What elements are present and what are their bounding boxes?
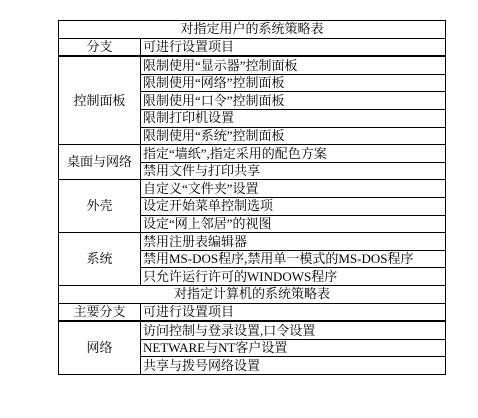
branch-control-panel: 控制面板 bbox=[59, 56, 141, 144]
policy-item: 设定开始菜单控制选项 bbox=[141, 197, 446, 215]
table-row: 分支 可进行设置项目 bbox=[59, 38, 446, 56]
policy-item: 限制使用“显示器”控制面板 bbox=[141, 56, 446, 74]
policy-item: 禁用注册表编辑器 bbox=[141, 233, 446, 251]
policy-item: 限制使用“口令”控制面板 bbox=[141, 92, 446, 110]
policy-item: 访问控制与登录设置,口令设置 bbox=[141, 321, 446, 339]
policy-item: 只允许运行许可的WINDOWS程序 bbox=[141, 268, 446, 286]
table-row: 系统 禁用注册表编辑器 bbox=[59, 233, 446, 251]
table-row: 网络 访问控制与登录设置,口令设置 bbox=[59, 321, 446, 339]
branch-system: 系统 bbox=[59, 233, 141, 286]
policy-item: 限制打印机设置 bbox=[141, 109, 446, 127]
document-page: 对指定用户的系统策略表 分支 可进行设置项目 控制面板 限制使用“显示器”控制面… bbox=[0, 0, 478, 418]
table-row: 对指定计算机的系统策略表 bbox=[59, 285, 446, 303]
table-row: 桌面与网络 指定“墙纸”,指定采用的配色方案 bbox=[59, 145, 446, 163]
computers-items-header: 可进行设置项目 bbox=[141, 303, 446, 321]
table-row: 外壳 自定义“文件夹”设置 bbox=[59, 180, 446, 198]
users-branch-header: 分支 bbox=[59, 38, 141, 56]
branch-shell: 外壳 bbox=[59, 180, 141, 233]
table-row: 主要分支 可进行设置项目 bbox=[59, 303, 446, 321]
computers-branch-header: 主要分支 bbox=[59, 303, 141, 321]
computers-policy-title: 对指定计算机的系统策略表 bbox=[59, 285, 446, 303]
policy-item: 自定义“文件夹”设置 bbox=[141, 180, 446, 198]
policy-item: 限制使用“系统”控制面板 bbox=[141, 127, 446, 145]
users-policy-title: 对指定用户的系统策略表 bbox=[59, 21, 446, 39]
policy-item: NETWARE与NT客户设置 bbox=[141, 339, 446, 357]
table-row: 控制面板 限制使用“显示器”控制面板 bbox=[59, 56, 446, 74]
policy-item: 禁用MS-DOS程序,禁用单一模式的MS-DOS程序 bbox=[141, 250, 446, 268]
policy-item: 指定“墙纸”,指定采用的配色方案 bbox=[141, 145, 446, 163]
users-items-header: 可进行设置项目 bbox=[141, 38, 446, 56]
policy-item: 限制使用“网络”控制面板 bbox=[141, 74, 446, 92]
branch-desktop-network: 桌面与网络 bbox=[59, 145, 141, 180]
policy-item: 禁用文件与打印共享 bbox=[141, 162, 446, 180]
table-row: 对指定用户的系统策略表 bbox=[59, 21, 446, 39]
policy-item: 设定“网上邻居”的视图 bbox=[141, 215, 446, 233]
system-policy-table: 对指定用户的系统策略表 分支 可进行设置项目 控制面板 限制使用“显示器”控制面… bbox=[58, 20, 446, 375]
policy-item: 共享与拨号网络设置 bbox=[141, 357, 446, 375]
branch-network: 网络 bbox=[59, 321, 141, 374]
